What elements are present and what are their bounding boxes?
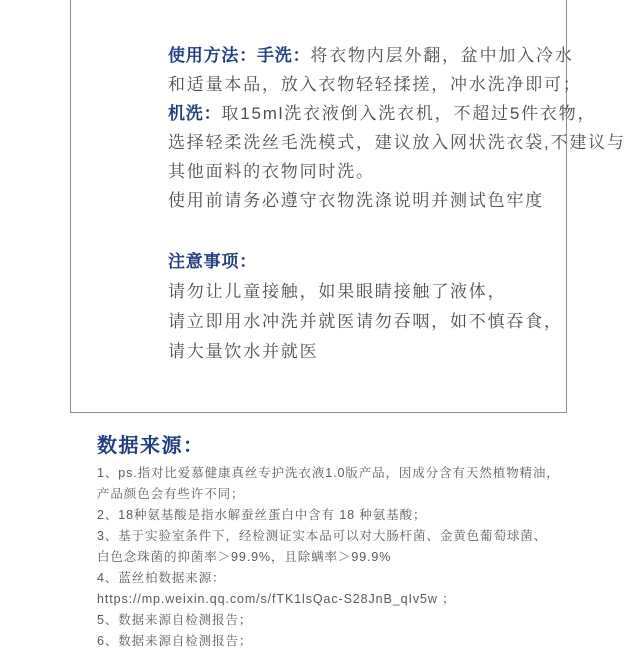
data-source-item-4: 4、蓝丝柏数据来源： bbox=[97, 568, 560, 589]
usage-line-1-text: 将衣物内层外翻，盆中加入冷水 bbox=[310, 46, 573, 65]
usage-line-3: 机洗：取15ml洗衣液倒入洗衣机，不超过5件衣物， bbox=[168, 99, 626, 128]
notice-line-2: 请立即用水冲洗并就医请勿吞咽，如不慎吞食， bbox=[168, 307, 563, 337]
usage-section: 使用方法：手洗：将衣物内层外翻，盆中加入冷水 和适量本品，放入衣物轻轻揉搓，冲水… bbox=[168, 41, 626, 215]
usage-line-3-text: 取15ml洗衣液倒入洗衣机，不超过5件衣物， bbox=[221, 104, 596, 123]
data-source-item-1: 1、ps.指对比爱慕健康真丝专护洗衣液1.0版产品，因成分含有天然植物精油， bbox=[97, 463, 560, 484]
data-source-item-6: 6、数据来源自检测报告； bbox=[97, 631, 560, 652]
usage-line-4: 选择轻柔洗丝毛洗模式，建议放入网状洗衣袋,不建议与 bbox=[168, 128, 626, 157]
data-source-item-1-cont: 产品颜色会有些许不同； bbox=[97, 484, 560, 505]
data-source-url: https://mp.weixin.qq.com/s/fTK1lsQac-S28… bbox=[97, 589, 560, 610]
notice-line-1: 请勿让儿童接触，如果眼睛接触了液体， bbox=[168, 277, 563, 307]
notice-line-3: 请大量饮水并就医 bbox=[168, 337, 563, 367]
data-source-item-3-cont: 白色念珠菌的抑菌率＞99.9%，且除螨率＞99.9% bbox=[97, 547, 560, 568]
data-source-list: 1、ps.指对比爱慕健康真丝专护洗衣液1.0版产品，因成分含有天然植物精油， 产… bbox=[97, 463, 560, 652]
notice-heading: 注意事项： bbox=[168, 247, 563, 277]
hand-wash-label: 手洗： bbox=[257, 46, 310, 65]
product-description-page: 使用方法：手洗：将衣物内层外翻，盆中加入冷水 和适量本品，放入衣物轻轻揉搓，冲水… bbox=[0, 0, 640, 671]
usage-line-5: 其他面料的衣物同时洗。 bbox=[168, 157, 626, 186]
data-source-item-5: 5、数据来源自检测报告； bbox=[97, 610, 560, 631]
instruction-box: 使用方法：手洗：将衣物内层外翻，盆中加入冷水 和适量本品，放入衣物轻轻揉搓，冲水… bbox=[70, 0, 567, 413]
notice-section: 注意事项： 请勿让儿童接触，如果眼睛接触了液体， 请立即用水冲洗并就医请勿吞咽，… bbox=[168, 247, 563, 367]
usage-line-6: 使用前请务必遵守衣物洗涤说明并测试色牢度 bbox=[168, 186, 626, 215]
data-source-heading: 数据来源： bbox=[97, 433, 205, 459]
usage-method-label: 使用方法： bbox=[168, 46, 257, 65]
data-source-item-2: 2、18种氨基酸是指水解蚕丝蛋白中含有 18 种氨基酸； bbox=[97, 505, 560, 526]
data-source-item-3: 3、基于实验室条件下，经检测证实本品可以对大肠杆菌、金黄色葡萄球菌、 bbox=[97, 526, 560, 547]
machine-wash-label: 机洗： bbox=[168, 104, 221, 123]
usage-line-2: 和适量本品，放入衣物轻轻揉搓，冲水洗净即可； bbox=[168, 70, 626, 99]
usage-line-1: 使用方法：手洗：将衣物内层外翻，盆中加入冷水 bbox=[168, 41, 626, 70]
